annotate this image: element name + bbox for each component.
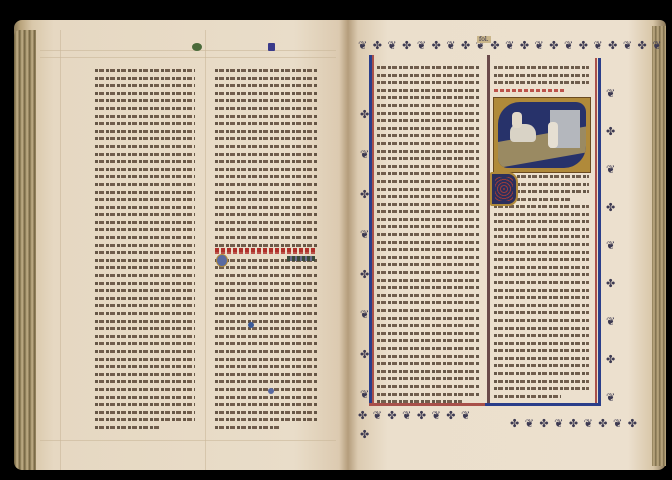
ruling-line [40, 440, 336, 441]
line-filler [287, 256, 315, 261]
text-line [377, 112, 479, 115]
text-line [95, 77, 195, 80]
text-line [95, 388, 195, 391]
text-line [517, 175, 589, 178]
text-line [494, 266, 589, 269]
text-line [215, 342, 317, 345]
text-line [215, 365, 317, 368]
vine-sprig-left: ✤ ❦ ✤ ❦ ✤ ❦ ✤ ❦ ✤ [360, 95, 370, 455]
text-line [377, 150, 479, 153]
text-line [377, 256, 479, 259]
text-line [95, 99, 195, 102]
running-head-mark [192, 43, 202, 51]
text-line [95, 198, 195, 201]
text-line [215, 373, 317, 376]
historiated-initial [490, 172, 518, 206]
text-line [215, 350, 317, 353]
text-line [377, 377, 479, 380]
text-line [494, 235, 589, 238]
text-line [494, 357, 589, 360]
text-line [95, 145, 195, 148]
text-line [494, 251, 589, 254]
text-line [377, 271, 479, 274]
text-line [215, 191, 317, 194]
text-line [95, 274, 195, 277]
text-line [95, 251, 195, 254]
text-line [215, 388, 317, 391]
text-line [377, 400, 462, 403]
vine-sprig-right: ❦ ✤ ❦ ✤ ❦ ✤ ❦ ✤ ❦ [606, 75, 616, 417]
text-line [494, 89, 566, 92]
text-line [377, 74, 479, 77]
text-line [95, 191, 195, 194]
rider [512, 112, 522, 128]
text-line [377, 225, 479, 228]
text-line [494, 66, 589, 69]
text-line [95, 396, 195, 399]
text-line [377, 332, 479, 335]
text-line [215, 380, 317, 383]
text-line [215, 84, 317, 87]
text-line [215, 411, 317, 414]
text-line [95, 312, 195, 315]
text-line [95, 130, 195, 133]
vine-border-bottom-right: ✤ ❦ ✤ ❦ ✤ ❦ ✤ ❦ ✤ [510, 418, 638, 429]
text-line [215, 320, 317, 323]
text-line [215, 69, 317, 72]
text-line [95, 380, 195, 383]
text-line [517, 190, 589, 193]
text-line [95, 244, 195, 247]
text-line [494, 243, 589, 246]
vine-border-bottom-left: ✤ ❦ ✤ ❦ ✤ ❦ ✤ ❦ [358, 410, 471, 421]
text-line [95, 137, 195, 140]
border-bar-right-red [595, 58, 597, 403]
text-line [95, 115, 195, 118]
text-line [494, 74, 589, 77]
ruling-line [60, 30, 61, 470]
text-line [95, 153, 195, 156]
text-line [494, 334, 589, 337]
text-line [95, 335, 195, 338]
text-line [377, 218, 479, 221]
paragraph-mark [248, 322, 254, 328]
text-line [215, 335, 317, 338]
text-line [215, 304, 317, 307]
text-line [377, 385, 479, 388]
text-line [377, 104, 479, 107]
text-line [215, 99, 317, 102]
text-line [494, 296, 589, 299]
text-line [215, 266, 317, 269]
text-line [95, 168, 195, 171]
text-line [95, 206, 195, 209]
text-line [215, 396, 317, 399]
text-line [95, 365, 195, 368]
text-line [215, 137, 317, 140]
text-line [215, 206, 317, 209]
text-line [215, 153, 317, 156]
text-line [215, 160, 317, 163]
text-line [377, 203, 479, 206]
text-line [95, 350, 195, 353]
text-line [377, 119, 479, 122]
text-line [377, 233, 479, 236]
text-line [215, 183, 317, 186]
text-line [215, 228, 317, 231]
text-line [215, 244, 317, 247]
text-line [377, 81, 479, 84]
text-line [95, 84, 195, 87]
text-line [377, 127, 479, 130]
text-line [517, 198, 572, 201]
text-line [377, 96, 479, 99]
text-line [95, 320, 195, 323]
text-line [215, 92, 317, 95]
text-line [517, 183, 589, 186]
text-line [494, 258, 589, 261]
text-line [377, 195, 479, 198]
right-page-edges [652, 26, 666, 466]
ruling-line [40, 57, 336, 58]
text-line [377, 309, 479, 312]
text-line [494, 372, 589, 375]
text-line [377, 180, 479, 183]
text-line [377, 66, 479, 69]
text-line [215, 358, 317, 361]
text-line [377, 324, 479, 327]
text-line [95, 304, 195, 307]
text-line [95, 297, 195, 300]
text-line [95, 183, 195, 186]
text-line [377, 157, 479, 160]
text-line [377, 165, 479, 168]
text-line [494, 380, 589, 383]
text-line [95, 107, 195, 110]
text-line [95, 160, 195, 163]
text-line [377, 339, 479, 342]
text-line [494, 387, 589, 390]
text-line [377, 210, 479, 213]
text-line [215, 168, 317, 171]
text-line [494, 281, 589, 284]
border-bar-center [487, 55, 490, 405]
left-page-text-column-1 [95, 69, 195, 434]
text-line [494, 342, 589, 345]
text-line [494, 81, 589, 84]
text-line [377, 355, 479, 358]
text-line [95, 92, 195, 95]
text-line [377, 317, 479, 320]
text-line [215, 403, 317, 406]
text-line [494, 349, 589, 352]
text-line [95, 228, 195, 231]
border-bar-right-blue [598, 58, 601, 403]
text-line [215, 213, 317, 216]
standing-figure [548, 122, 558, 148]
text-line [95, 122, 195, 125]
text-line [494, 311, 589, 314]
folio-number: fol. [477, 36, 491, 43]
text-line [377, 294, 479, 297]
text-line [95, 342, 195, 345]
text-line [95, 221, 195, 224]
illuminated-miniature [493, 97, 591, 173]
text-line [215, 297, 317, 300]
text-line [95, 175, 195, 178]
text-line [494, 319, 589, 322]
text-line [494, 304, 589, 307]
text-line [215, 145, 317, 148]
running-head-mark [268, 43, 275, 51]
right-page-text-column-2-beside-initial [517, 175, 589, 205]
text-line [95, 426, 159, 429]
miniature-scene [498, 102, 586, 168]
text-line [377, 279, 479, 282]
text-line [95, 327, 195, 330]
ruling-line [40, 50, 336, 51]
right-page-text-column-2-bottom [494, 205, 589, 402]
text-line [494, 220, 589, 223]
text-line [377, 134, 479, 137]
text-line [377, 248, 479, 251]
text-line [95, 411, 195, 414]
text-line [494, 228, 589, 231]
text-line [215, 418, 317, 421]
text-line [215, 327, 317, 330]
text-line [215, 115, 317, 118]
text-line [215, 236, 317, 239]
text-line [95, 213, 195, 216]
text-line [95, 403, 195, 406]
text-line [215, 107, 317, 110]
right-page-text-column-1 [377, 66, 479, 408]
text-line [377, 393, 479, 396]
text-line [215, 175, 317, 178]
text-line [95, 358, 195, 361]
decorated-initial [216, 254, 228, 267]
text-line [215, 130, 317, 133]
text-line [215, 221, 317, 224]
text-line [494, 364, 589, 367]
text-line [95, 266, 195, 269]
text-line [377, 286, 479, 289]
text-line [377, 142, 479, 145]
text-line [95, 282, 195, 285]
text-line [377, 241, 479, 244]
text-line [95, 418, 195, 421]
text-line [95, 259, 195, 262]
text-line [494, 273, 589, 276]
text-line [377, 347, 479, 350]
text-line [95, 236, 195, 239]
text-line [95, 373, 195, 376]
left-page-edges [14, 30, 36, 470]
text-line [494, 395, 561, 398]
text-line [215, 282, 317, 285]
text-line [215, 426, 280, 429]
text-line [95, 69, 195, 72]
text-line [215, 77, 317, 80]
right-page-text-column-2-top [494, 66, 589, 96]
text-line [377, 89, 479, 92]
ruling-line [205, 30, 206, 470]
text-line [377, 362, 479, 365]
rubric [215, 248, 315, 252]
text-line [377, 263, 479, 266]
text-line [377, 188, 479, 191]
text-line [215, 312, 317, 315]
text-line [377, 172, 479, 175]
text-line [494, 213, 589, 216]
text-line [377, 301, 479, 304]
text-line [494, 327, 589, 330]
text-line [95, 289, 195, 292]
text-line [494, 289, 589, 292]
text-line [215, 274, 317, 277]
border-bar-left-red [372, 55, 374, 403]
text-line [215, 198, 317, 201]
paragraph-mark [268, 388, 274, 394]
text-line [215, 122, 317, 125]
text-line [215, 289, 317, 292]
text-line [377, 370, 479, 373]
